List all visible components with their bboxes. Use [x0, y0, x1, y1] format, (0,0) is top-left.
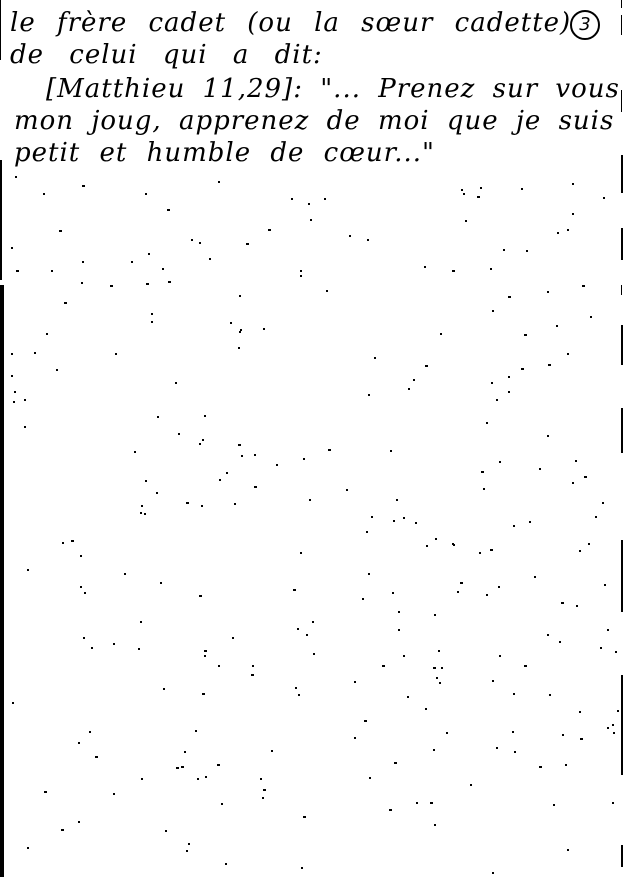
text-line-5: petit et humble de cœur..." — [14, 138, 435, 168]
scan-edge-right-3 — [621, 90, 622, 112]
scan-edge-left — [0, 285, 4, 877]
scan-edge-right-7 — [621, 325, 623, 365]
scan-edge-right-5 — [621, 228, 623, 260]
scan-edge-left-top — [0, 0, 1, 60]
scan-edge-left-mid — [0, 160, 2, 280]
scan-edge-right-6 — [621, 285, 622, 295]
text-line-2: de celui qui a dit: — [10, 40, 323, 70]
scan-edge-right-4 — [621, 155, 623, 193]
text-line-1: le frère cadet (ou la sœur cadette) — [10, 8, 571, 38]
scan-edge-right-2 — [621, 15, 622, 35]
page-number-circled: 3 — [570, 10, 600, 40]
text-line-3-citation: [Matthieu 11,29]: "... Prenez sur vous — [46, 74, 620, 104]
scan-edge-right-1 — [621, 0, 622, 8]
scan-edge-right-8 — [621, 408, 623, 453]
scan-edge-right-11 — [621, 845, 623, 867]
scanned-page: le frère cadet (ou la sœur cadette) 3 de… — [0, 0, 638, 877]
scan-edge-right-10 — [621, 675, 623, 775]
scan-edge-right-9 — [621, 540, 623, 612]
text-line-4: mon joug, apprenez de moi que je suis — [14, 106, 614, 136]
